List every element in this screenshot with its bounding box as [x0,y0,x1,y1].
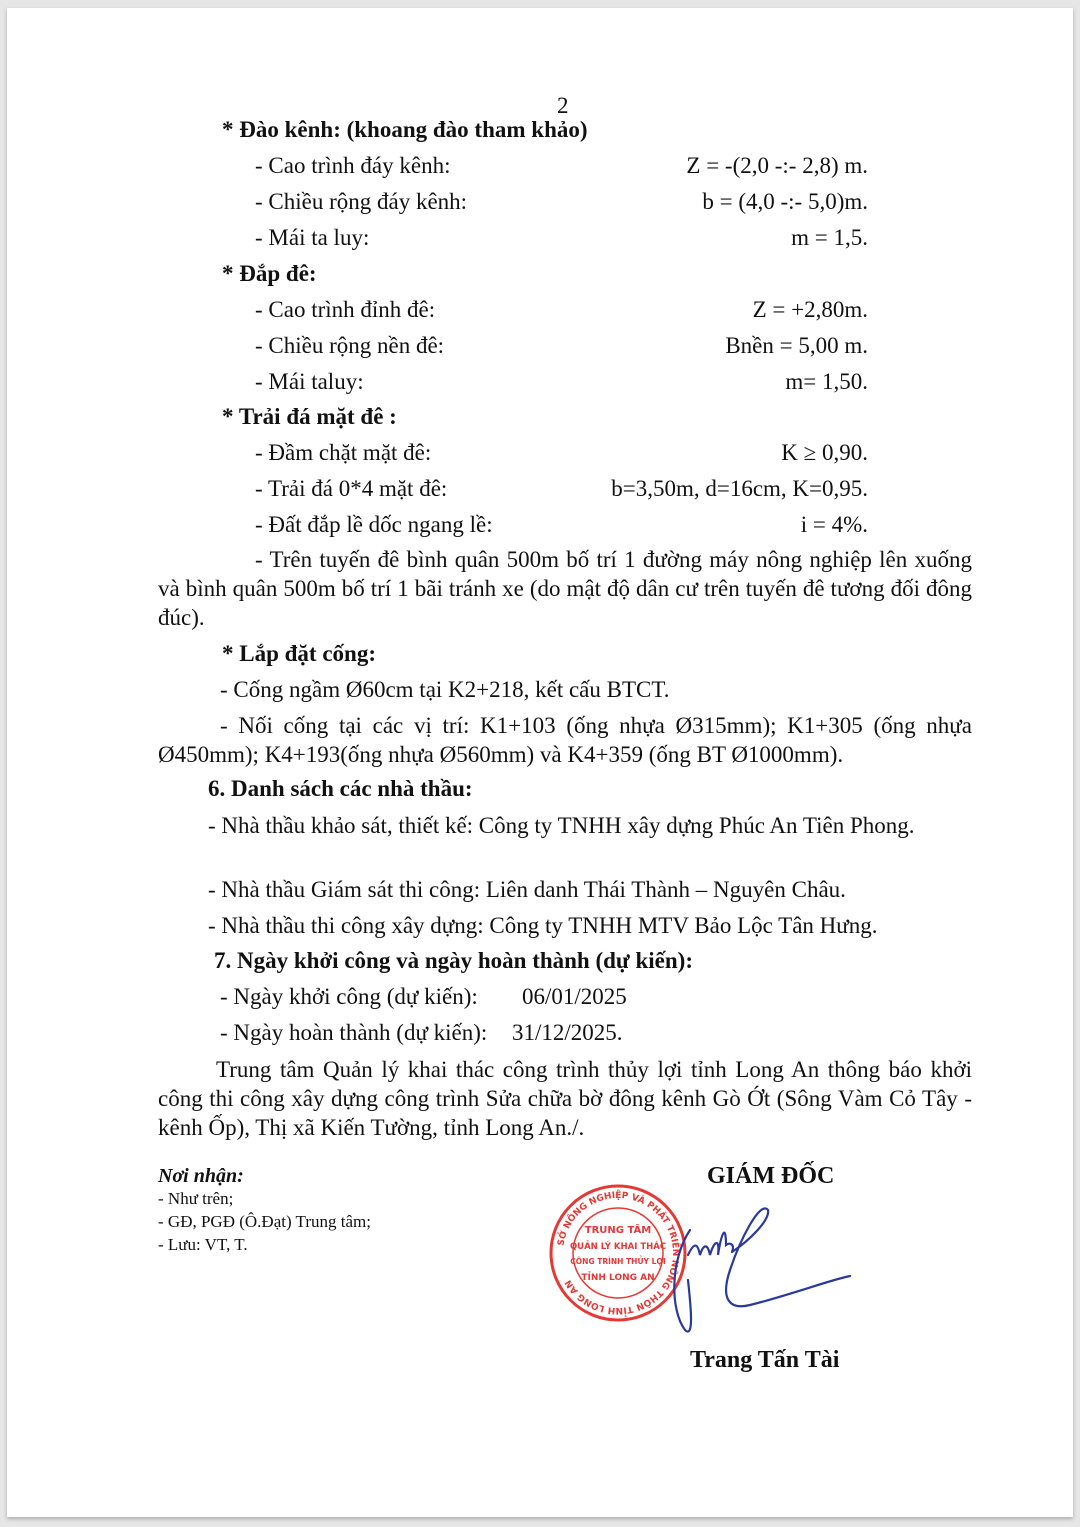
end-date-value: 31/12/2025. [512,1019,623,1047]
signer-position: GIÁM ĐỐC [707,1162,834,1190]
closing-paragraph: Trung tâm Quản lý khai thác công trình t… [158,1055,972,1142]
contractor-supervision: - Nhà thầu Giám sát thi công: Liên danh … [208,876,846,904]
handwritten-signature-icon [660,1200,860,1340]
item-value: Z = +2,80m. [753,296,868,324]
stamp-line: TỈNH LONG AN [581,1271,654,1283]
item-label: - Chiều rộng đáy kênh: [255,188,467,216]
contractor-construction: - Nhà thầu thi công xây dựng: Công ty TN… [208,912,878,940]
item-label: - Cao trình đáy kênh: [255,152,450,180]
stamp-line: CÔNG TRÌNH THỦY LỢI [570,1256,666,1266]
item-value: m = 1,5. [791,224,868,252]
item-label: - Đầm chặt mặt đê: [255,439,431,467]
item-value: b=3,50m, d=16cm, K=0,95. [611,475,868,503]
item-value: Bnền = 5,00 m. [725,332,868,360]
item-value: Z = -(2,0 -:- 2,8) m. [686,152,868,180]
recipients-title: Nơi nhận: [158,1162,244,1190]
paragraph-noi-cong: - Nối cống tại các vị trí: K1+103 (ống n… [158,711,972,769]
heading-lap-dat-cong: * Lắp đặt cống: [222,640,376,668]
item-cong-ngam: - Cống ngầm Ø60cm tại K2+218, kết cấu BT… [220,676,669,704]
heading-section-6: 6. Danh sách các nhà thầu: [208,775,473,803]
item-value: b = (4,0 -:- 5,0)m. [702,188,868,216]
item-value: K ≥ 0,90. [781,439,868,467]
recipient-item: - Như trên; [158,1189,233,1209]
item-label: - Trải đá 0*4 mặt đê: [255,475,447,503]
start-date-value: 06/01/2025 [522,983,627,1011]
item-label: - Chiều rộng nền đê: [255,332,444,360]
item-label: - Đất đắp lề dốc ngang lề: [255,511,493,539]
item-label: - Mái taluy: [255,368,364,396]
item-label: - Mái ta luy: [255,224,369,252]
stamp-line: TRUNG TÂM [585,1223,651,1236]
end-date-label: - Ngày hoàn thành (dự kiến): [220,1019,487,1047]
contractor-survey: - Nhà thầu khảo sát, thiết kế: Công ty T… [158,811,972,840]
heading-dao-kenh: * Đào kênh: (khoang đào tham khảo) [222,116,588,144]
recipient-item: - GĐ, PGĐ (Ô.Đạt) Trung tâm; [158,1212,371,1232]
heading-dap-de: * Đắp đê: [222,260,317,288]
paragraph-trai-da-note: - Trên tuyến đê bình quân 500m bố trí 1 … [158,545,972,632]
item-value: i = 4%. [801,511,868,539]
item-value: m= 1,50. [785,368,868,396]
stamp-line: QUẢN LÝ KHAI THÁC [570,1240,666,1252]
start-date-label: - Ngày khởi công (dự kiến): [220,983,478,1011]
recipient-item: - Lưu: VT, T. [158,1235,248,1255]
heading-section-7: 7. Ngày khởi công và ngày hoàn thành (dự… [214,947,693,975]
signer-name: Trang Tấn Tài [690,1346,839,1374]
item-label: - Cao trình đỉnh đê: [255,296,435,324]
heading-trai-da: * Trải đá mặt đê : [222,403,397,431]
